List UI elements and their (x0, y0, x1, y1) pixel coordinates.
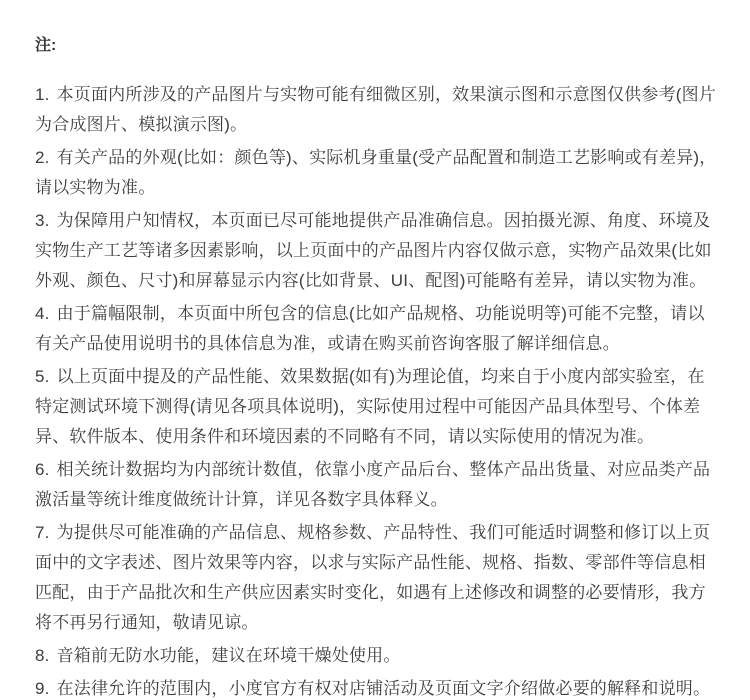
note-text: 由于篇幅限制，本页面中所包含的信息(比如产品规格、功能说明等)可能不完整，请以有… (35, 304, 705, 353)
note-text: 有关产品的外观(比如：颜色等)、实际机身重量(受产品配置和制造工艺影响或有差异)… (35, 148, 716, 197)
note-item-3: 3.为保障用户知情权，本页面已尽可能地提供产品准确信息。因拍摄光源、角度、环境及… (35, 206, 717, 296)
note-text: 相关统计数据均为内部统计数值，依靠小度产品后台、整体产品出货量、对应品类产品激活… (35, 460, 710, 509)
note-number: 6. (35, 460, 57, 479)
note-item-1: 1.本页面内所涉及的产品图片与实物可能有细微区别，效果演示图和示意图仅供参考(图… (35, 80, 717, 140)
note-number: 4. (35, 304, 57, 323)
note-text: 音箱前无防水功能，建议在环境干燥处使用。 (57, 646, 401, 665)
note-number: 7. (35, 523, 57, 542)
note-item-7: 7.为提供尽可能准确的产品信息、规格参数、产品特性、我们可能适时调整和修订以上页… (35, 518, 717, 638)
note-number: 1. (35, 85, 57, 104)
product-notes-section: 注: 1.本页面内所涉及的产品图片与实物可能有细微区别，效果演示图和示意图仅供参… (0, 0, 750, 700)
note-item-5: 5.以上页面中提及的产品性能、效果数据(如有)为理论值，均来自于小度内部实验室，… (35, 362, 717, 452)
note-item-2: 2.有关产品的外观(比如：颜色等)、实际机身重量(受产品配置和制造工艺影响或有差… (35, 143, 717, 203)
note-number: 8. (35, 646, 57, 665)
notes-list: 1.本页面内所涉及的产品图片与实物可能有细微区别，效果演示图和示意图仅供参考(图… (35, 80, 717, 700)
note-item-4: 4.由于篇幅限制，本页面中所包含的信息(比如产品规格、功能说明等)可能不完整，请… (35, 299, 717, 359)
notes-title: 注: (35, 36, 717, 56)
note-text: 以上页面中提及的产品性能、效果数据(如有)为理论值，均来自于小度内部实验室，在特… (35, 367, 705, 446)
note-item-9: 9.在法律允许的范围内，小度官方有权对店铺活动及页面文字介绍做必要的解释和说明。 (35, 674, 717, 700)
note-item-8: 8.音箱前无防水功能，建议在环境干燥处使用。 (35, 641, 717, 671)
note-number: 5. (35, 367, 57, 386)
note-text: 为提供尽可能准确的产品信息、规格参数、产品特性、我们可能适时调整和修订以上页面中… (35, 523, 710, 632)
note-number: 2. (35, 148, 57, 167)
note-item-6: 6.相关统计数据均为内部统计数值，依靠小度产品后台、整体产品出货量、对应品类产品… (35, 455, 717, 515)
note-number: 9. (35, 679, 57, 698)
note-text: 本页面内所涉及的产品图片与实物可能有细微区别，效果演示图和示意图仅供参考(图片为… (35, 85, 716, 134)
note-number: 3. (35, 211, 57, 230)
note-text: 为保障用户知情权，本页面已尽可能地提供产品准确信息。因拍摄光源、角度、环境及实物… (35, 211, 712, 290)
note-text: 在法律允许的范围内，小度官方有权对店铺活动及页面文字介绍做必要的解释和说明。 (57, 679, 711, 698)
